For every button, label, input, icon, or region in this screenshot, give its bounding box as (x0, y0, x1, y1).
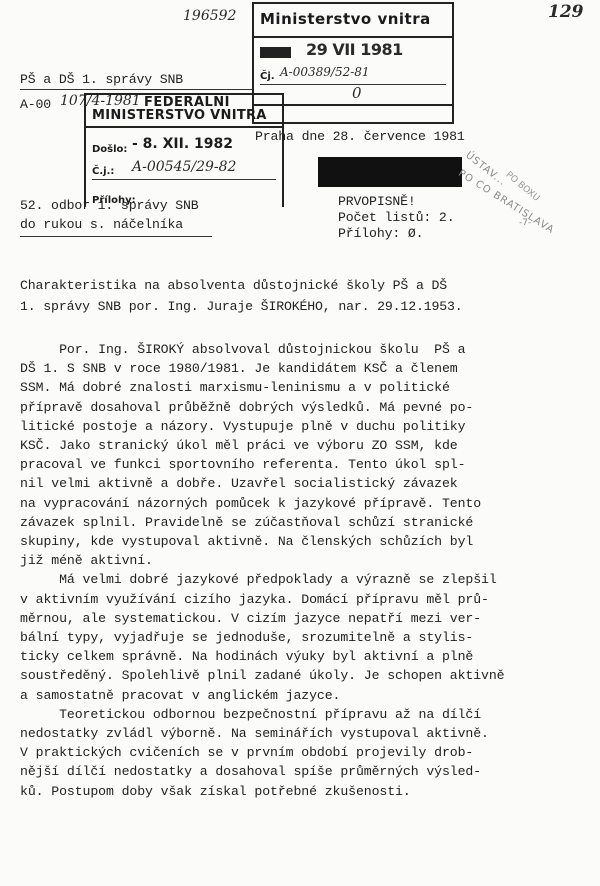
body-line: KSČ. Jako stranický úkol měl práci ve vý… (20, 436, 590, 455)
federal-ministry-stamp: FEDERÁLNÍ MINISTERSTVO VNITRA Došlo: - 8… (84, 93, 284, 207)
body-line: DŠ 1. S SNB v roce 1980/1981. Je kandidá… (20, 359, 590, 378)
body-line: přípravě dosahoval průběžně dobrých výsl… (20, 398, 590, 417)
copy-status: PRVOPISNĚ! (338, 194, 416, 210)
stamp-ministry-title: Ministerstvo vnitra (260, 10, 446, 28)
body-line: na vypracování názorných pomůcek k jazyk… (20, 494, 590, 513)
body-line: nedostatky zvládl výborně. Na seminářích… (20, 724, 590, 743)
stamp-federal-received-date: - 8. XII. 1982 (132, 136, 233, 152)
body-line: ků. Postupom doby však získal potřebné z… (20, 782, 590, 801)
body-line: V praktických cvičeních se v prvním obdo… (20, 743, 590, 762)
body-line: SSM. Má dobré znalosti marxismu-leninism… (20, 378, 590, 397)
body-line: Má velmi dobré jazykové předpoklady a vý… (20, 570, 590, 589)
stamp-ministry-ref-number: A-00389/52-81 (280, 65, 370, 79)
body-line: Teoretickou odbornou bezpečnostní přípra… (20, 705, 590, 724)
stamp-ministry-ref-label: Čj. (260, 71, 275, 82)
body-line: Por. Ing. ŠIROKÝ absolvoval důstojnickou… (20, 340, 590, 359)
body-line: litické postoje a názory. Vystupuje plně… (20, 417, 590, 436)
attachments-count: Přílohy: Ø. (338, 226, 423, 242)
body-line: závazek splnil. Pravidelně se zúčastňova… (20, 513, 590, 532)
body-line: v aktivním využívání cizího jazyka. Domá… (20, 590, 590, 609)
page-number: 129 (548, 2, 584, 22)
body-line: skupiny, kde vystupoval aktivně. Na člen… (20, 532, 590, 551)
sender-line: PŠ a DŠ 1. správy SNB (20, 70, 183, 89)
stamp-ministry-received-label: Došlo (260, 47, 291, 58)
recipient-line-2: do rukou s. náčelníka (20, 215, 183, 234)
body-line: nil velmi aktivně a dobře. Uzavřel socia… (20, 474, 590, 493)
stamp-federal-title-2: MINISTERSTVO VNITRA (92, 108, 276, 123)
body-line: měrnou, ale systematickou. V cizím jazyc… (20, 609, 590, 628)
subject-line-1: Charakteristika na absolventa důstojnick… (20, 276, 447, 295)
rotated-stamp-line-4: -7- (519, 218, 531, 228)
place-date: Praha dne 28. července 1981 (255, 127, 465, 146)
stamp-ministry-attachments: 0 (352, 84, 362, 102)
body-line: ticky celkem správně. Na hodinách výuky … (20, 647, 590, 666)
body-line: bální typy, vyjadřuje se jednoduše, sroz… (20, 628, 590, 647)
stamp-federal-received-label: Došlo: (92, 144, 127, 155)
stamp-federal-ref-label: Č.j.: (92, 166, 114, 177)
body-line: a samostatně pracovat v anglickém jazyce… (20, 686, 590, 705)
stamp-ministry-received-date: 29 VII 1981 (306, 40, 403, 59)
body-line: pracoval ve funkci sportovního referenta… (20, 455, 590, 474)
subject-line-2: 1. správy SNB por. Ing. Juraje ŠIROKÉHO,… (20, 297, 463, 316)
recipient-line-1: 52. odbor 1. správy SNB (20, 196, 199, 215)
sender-ref-prefix: A-00 (20, 95, 51, 114)
redacted-block (318, 157, 462, 187)
sheet-count: Počet listů: 2. (338, 210, 454, 226)
archive-number: 196592 (183, 8, 236, 24)
body-line: nější dílčí nedostatky a dosahoval spíše… (20, 762, 590, 781)
body-line: soustředěný. Spolehlivě plnil zadané úko… (20, 666, 590, 685)
body-line: již méně aktivní. (20, 551, 590, 570)
document-body: Por. Ing. ŠIROKÝ absolvoval důstojnickou… (20, 340, 590, 801)
stamp-federal-ref-number: A-00545/29-82 (132, 159, 236, 175)
